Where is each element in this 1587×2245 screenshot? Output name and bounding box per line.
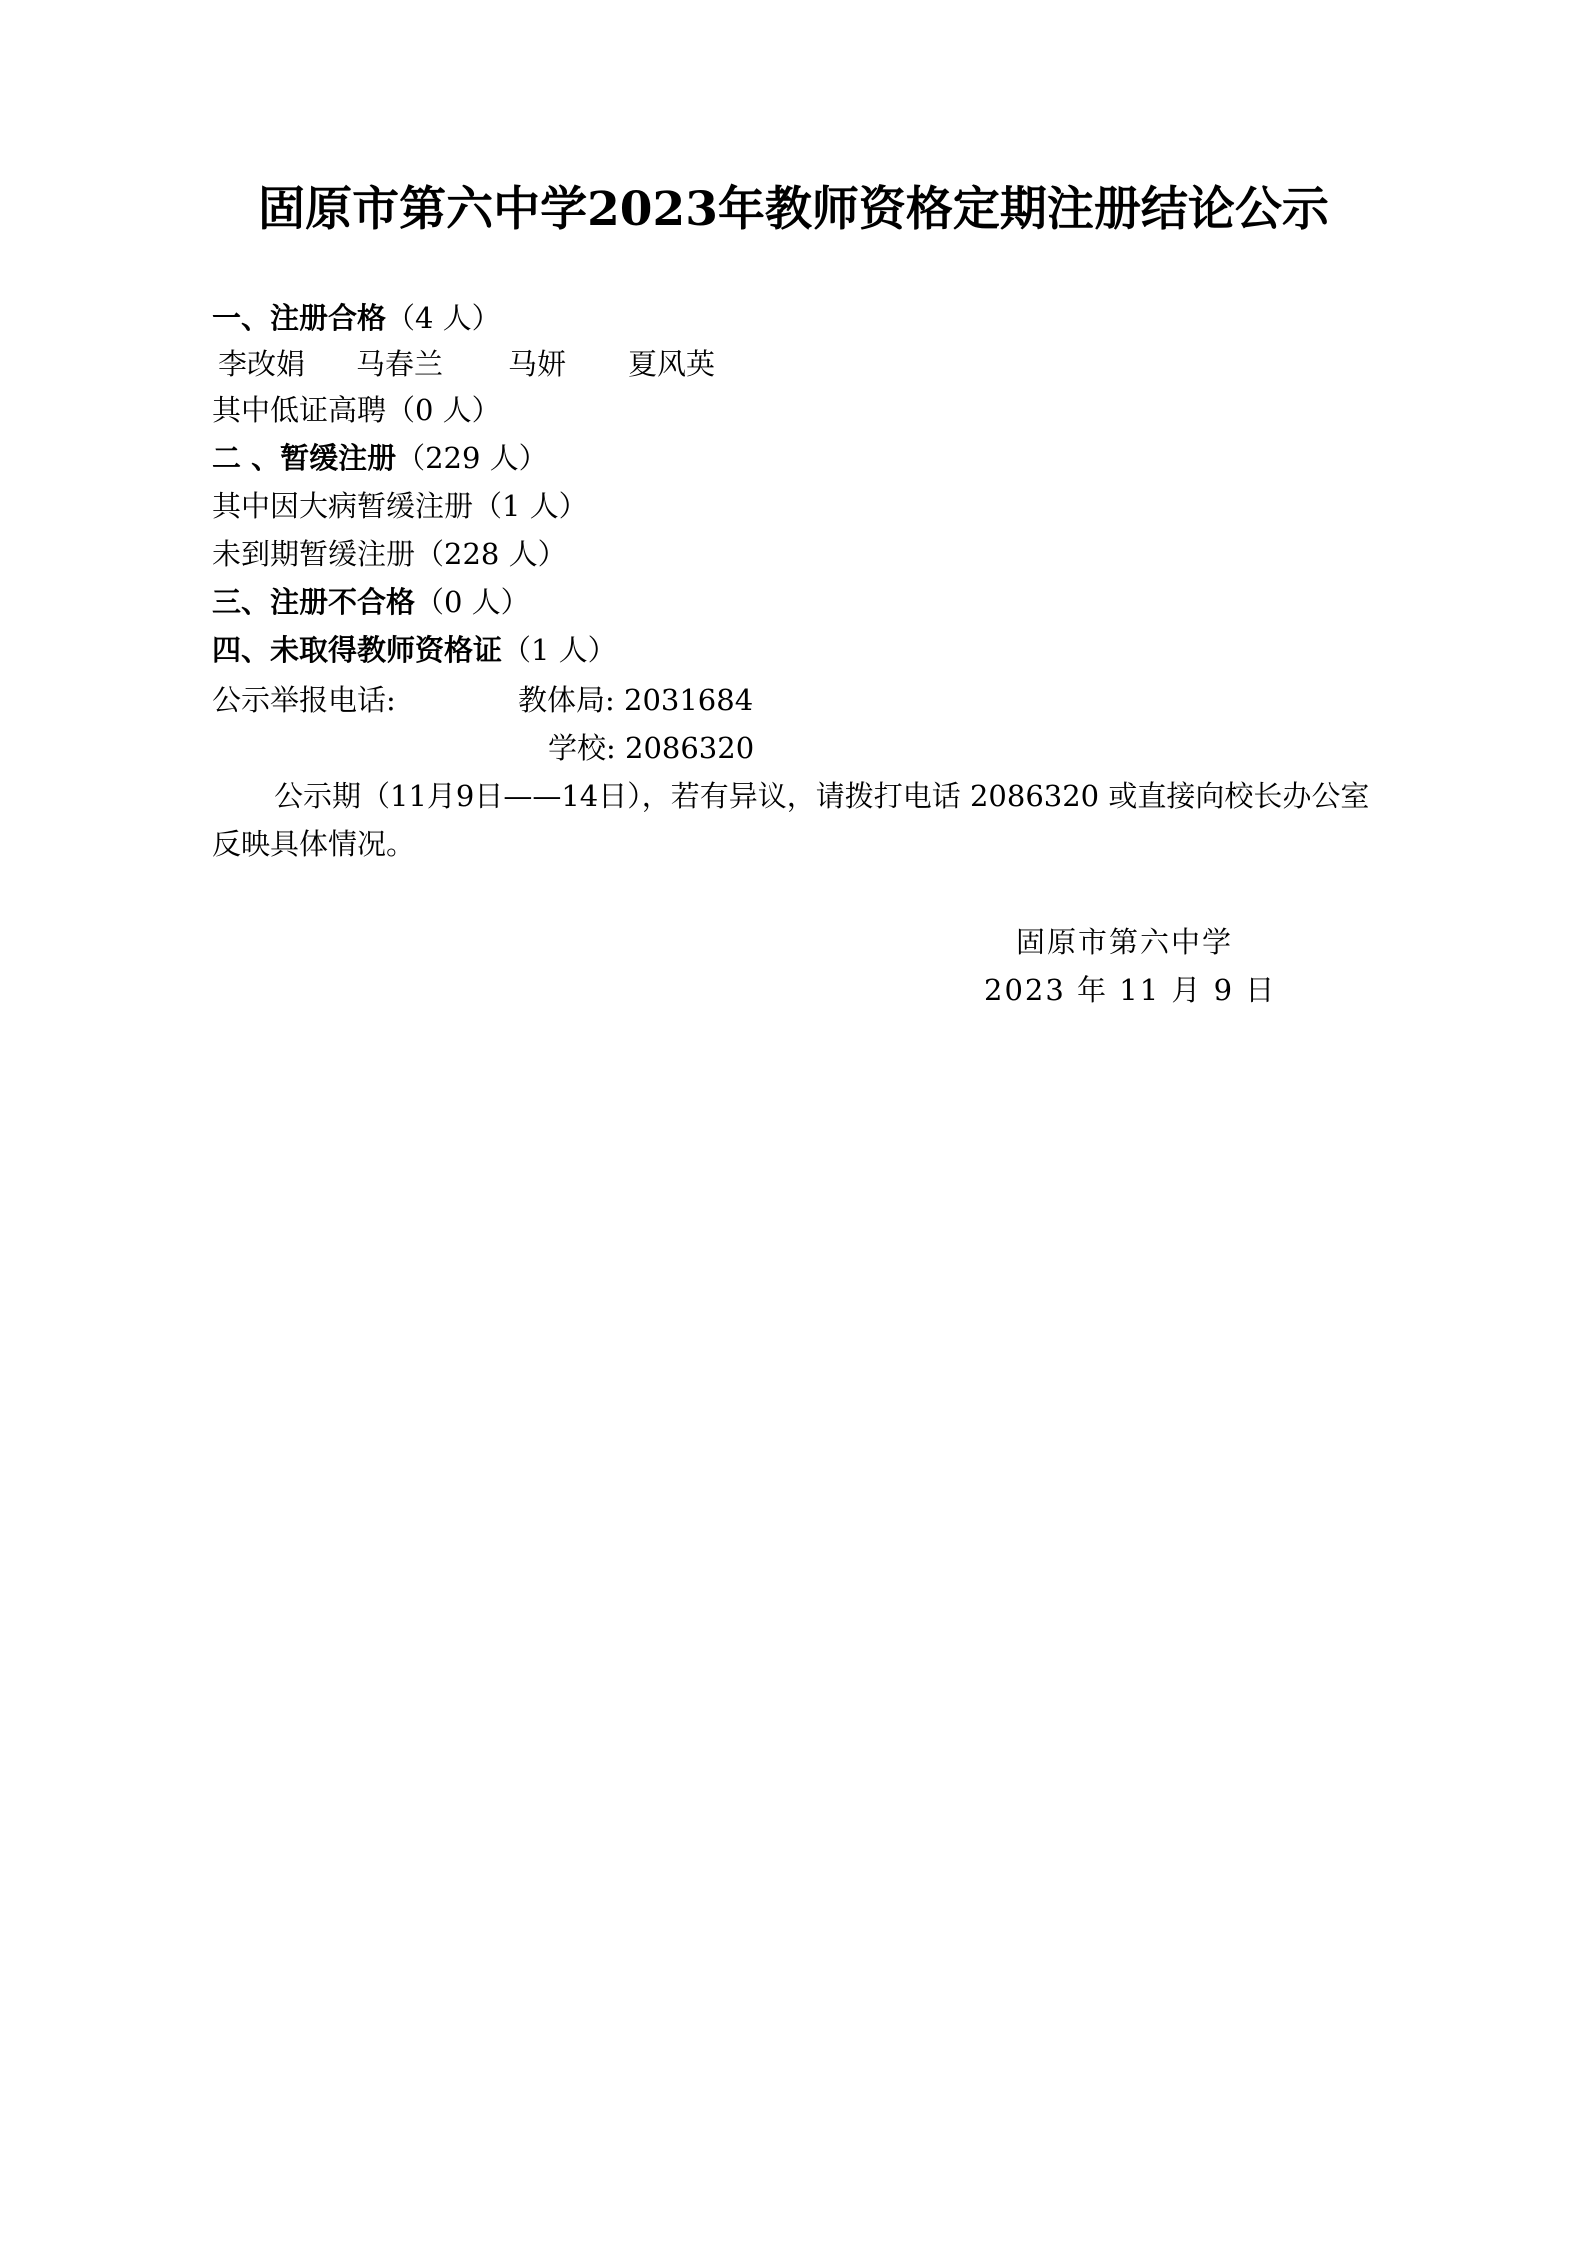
section-2-heading: 二 、暂缓注册 <box>212 441 396 475</box>
name-item: 李改娟 <box>218 344 356 384</box>
section-1-heading: 一、注册合格 <box>212 301 386 335</box>
name-item: 马妍 <box>508 344 628 384</box>
notice-paragraph: 公示期（11月9日——14日），若有异议，请拨打电话 2086320 或直接向校… <box>212 772 1382 868</box>
name-item: 马春兰 <box>356 344 508 384</box>
section-2-count: （229 人） <box>396 441 548 475</box>
section-1-subnote: 其中低证高聘（0 人） <box>212 390 501 430</box>
signature-date: 2023 年 11 月 9 日 <box>984 970 1276 1010</box>
section-4-line: 四、未取得教师资格证（1 人） <box>212 630 617 670</box>
school-contact: 学校: 2086320 <box>548 728 754 768</box>
section-3-line: 三、注册不合格（0 人） <box>212 582 530 622</box>
bureau-phone: 2031684 <box>624 683 753 717</box>
document-title: 固原市第六中学2023年教师资格定期注册结论公示 <box>0 180 1587 240</box>
section-2-subnote-1: 其中因大病暂缓注册（1 人） <box>212 486 588 526</box>
section-3-count: （0 人） <box>415 585 530 619</box>
document-page: 固原市第六中学2023年教师资格定期注册结论公示 一、注册合格（4 人） 李改娟… <box>0 0 1587 2245</box>
school-label: 学校: <box>548 731 616 765</box>
bureau-contact: 教体局: 2031684 <box>518 680 753 720</box>
section-4-count: （1 人） <box>502 633 617 667</box>
name-item: 夏风英 <box>628 344 715 384</box>
school-phone: 2086320 <box>625 731 754 765</box>
bureau-label: 教体局: <box>518 683 615 717</box>
section-4-heading: 四、未取得教师资格证 <box>212 633 502 667</box>
signature-org: 固原市第六中学 <box>1016 922 1233 962</box>
section-1-line: 一、注册合格（4 人） <box>212 298 501 338</box>
qualified-names-list: 李改娟马春兰马妍夏风英 <box>212 344 715 384</box>
section-2-line: 二 、暂缓注册（229 人） <box>212 438 548 478</box>
section-3-heading: 三、注册不合格 <box>212 585 415 619</box>
contact-label: 公示举报电话: <box>212 680 396 720</box>
section-2-subnote-2: 未到期暂缓注册（228 人） <box>212 534 567 574</box>
section-1-count: （4 人） <box>386 301 501 335</box>
